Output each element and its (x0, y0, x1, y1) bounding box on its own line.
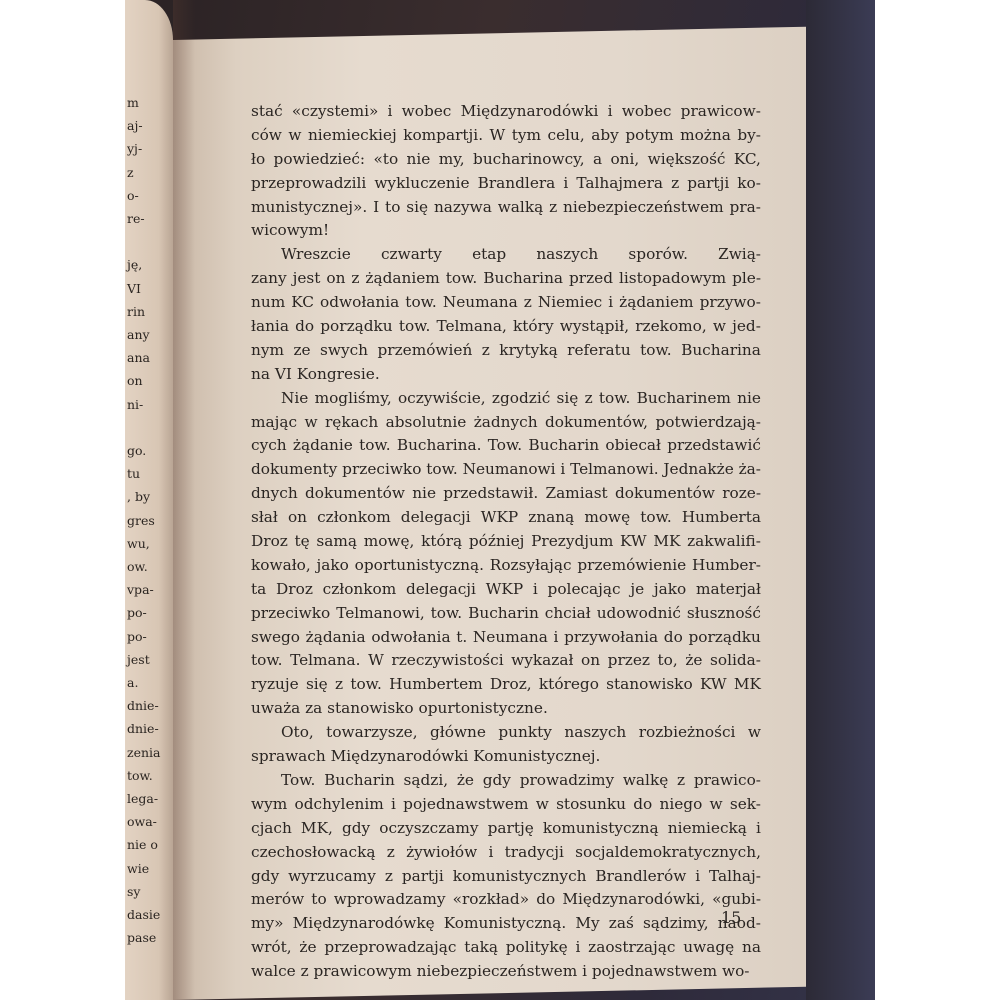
left-page-text-fragment: yj- (127, 138, 142, 161)
text-line: dokumentyprzeciwkotow.NeumanowiiTelmanow… (251, 458, 761, 482)
left-page-text-fragment: pase (127, 927, 156, 950)
left-page-text-fragment: sy (127, 881, 140, 904)
left-page-text-fragment: owa- (127, 811, 157, 834)
text-line: mającwrękachabsolutnieżadnychdokumentów,… (251, 411, 761, 435)
text-line: Oto,towarzysze,głównepunktynaszychrozbie… (251, 721, 761, 745)
page-number: 15 (721, 908, 741, 927)
text-line: my»MiędzynarodówkęKomunistyczną.Myzaśsąd… (251, 912, 761, 936)
left-page-text-fragment: on (127, 370, 143, 393)
text-line: zanyjestonzżądaniemtow.Bucharinaprzedlis… (251, 267, 761, 291)
left-page-text-fragment: po- (127, 626, 147, 649)
left-page-text-fragment: ni- (127, 394, 143, 417)
text-line: cjachMK,gdyoczyszczamypartjękomunistyczn… (251, 817, 761, 841)
left-page-text-fragment: wie (127, 858, 149, 881)
left-page-text-fragment: wu, (127, 533, 150, 556)
text-line: swegożądaniaodwołaniat.Neumanaiprzywołan… (251, 626, 761, 650)
left-page-text-fragment: jest (127, 649, 150, 672)
left-page-text-fragment: a. (127, 672, 138, 695)
left-page-text-fragment: tow. (127, 765, 153, 788)
left-page-text-fragment: nie o (127, 834, 158, 857)
spine-shadow (173, 0, 195, 1000)
text-line: kowało,jakooportunistyczną.Rozsyłającprz… (251, 554, 761, 578)
left-page-text-fragment: dnie- (127, 718, 159, 741)
left-page-text-fragment: go. (127, 440, 146, 463)
text-line: taDrozczłonkomdelegacjiWKPipolecającjeja… (251, 578, 761, 602)
text-line: munistycznej».Itosięnazywawalkązniebezpi… (251, 196, 761, 220)
left-page-text-fragment: o- (127, 185, 139, 208)
left-page-text-fragment: lega- (127, 788, 158, 811)
text-line: wymodchylenimipojednawstwemwstosunkudoni… (251, 793, 761, 817)
text-line: przeciwkoTelmanowi,tow.Bucharinchciałudo… (251, 602, 761, 626)
text-line: łaniadoporządkutow.Telmana,którywystąpił… (251, 315, 761, 339)
text-line: cówwniemieckiejkompartji.Wtymcelu,abypot… (251, 124, 761, 148)
text-line: czechosłowackązżywiołówitradycjisocjalde… (251, 841, 761, 865)
left-page-text-fragment: dnie- (127, 695, 159, 718)
book-photo: maj-yj-zo-re-ję,VIrinanyanaonni-go.tu, b… (125, 0, 875, 1000)
text-line: Wreszcieczwartyetapnaszychsporów.Zwią- (251, 243, 761, 267)
left-page-text-fragment: re- (127, 208, 145, 231)
left-page-text-fragment: m (127, 92, 139, 115)
left-page-text-fragment: , by (127, 486, 150, 509)
text-line: ryzujesięztow.HumbertemDroz,któregostano… (251, 673, 761, 697)
text-line: Droztęsamąmowę,którąpóźniejPrezydjumKWMK… (251, 530, 761, 554)
left-page-text-fragment: po- (127, 602, 147, 625)
text-line: uważa za stanowisko opurtonistyczne. (251, 697, 761, 721)
text-line: wrót,żeprzeprowadzająctakąpolitykęizaost… (251, 936, 761, 960)
text-line: na VI Kongresie. (251, 363, 761, 387)
text-line: stać«czystemi»iwobecMiędzynarodówkiiwobe… (251, 100, 761, 124)
left-page-text-fragment: dasie (127, 904, 160, 927)
text-line: gdywyrzucamyzpartjikomunistycznychBrandl… (251, 865, 761, 889)
text-line: tow.Telmana.Wrzeczywistościwykazałonprze… (251, 649, 761, 673)
text-line: Tow.Bucharinsądzi,żegdyprowadzimywalkęzp… (251, 769, 761, 793)
left-page-text-fragment: vpa- (127, 579, 154, 602)
text-line: wicowym! (251, 219, 761, 243)
text-line: Niemogliśmy,oczywiście,zgodzićsięztow.Bu… (251, 387, 761, 411)
dark-cloth-background (806, 0, 875, 1000)
page-body-text: stać«czystemi»iwobecMiędzynarodówkiiwobe… (251, 100, 761, 984)
text-line: przeprowadziliwykluczenieBrandleraiTalha… (251, 172, 761, 196)
left-page-text-fragment: tu (127, 463, 140, 486)
text-line: walce z prawicowym niebezpieczeństwem i … (251, 960, 761, 984)
left-page-text-fragment: zenia (127, 742, 160, 765)
left-page-text-fragment: any (127, 324, 150, 347)
left-page-text-fragment: rin (127, 301, 145, 324)
text-line: sprawach Międzynarodówki Komunistycznej. (251, 745, 761, 769)
left-page-text-fragment: ana (127, 347, 150, 370)
text-line: cychżądanietow.Bucharina.Tow.Bucharinobi… (251, 434, 761, 458)
text-line: nymzeswychprzemówieńzkrytykąreferatutow.… (251, 339, 761, 363)
text-line: dnychdokumentównieprzedstawił.Zamiastdok… (251, 482, 761, 506)
left-page-text-fragment: VI (127, 278, 141, 301)
left-page-text-fragment: z (127, 162, 134, 185)
left-page-text-fragment: ow. (127, 556, 148, 579)
left-page-edge: maj-yj-zo-re-ję,VIrinanyanaonni-go.tu, b… (125, 0, 173, 1000)
text-line: merówtowprowadzamy«rozkład»doMiędzynarod… (251, 888, 761, 912)
text-line: łopowiedzieć:«toniemy,bucharinowcy,aoni,… (251, 148, 761, 172)
left-page-text-fragment: gres (127, 510, 155, 533)
left-page-text-fragment: aj- (127, 115, 143, 138)
left-page-text-fragment: ję, (127, 254, 142, 277)
text-line: numKCodwołaniatow.NeumanazNiemieciżądani… (251, 291, 761, 315)
text-line: słałonczłonkomdelegacjiWKPznanąmowętow.H… (251, 506, 761, 530)
